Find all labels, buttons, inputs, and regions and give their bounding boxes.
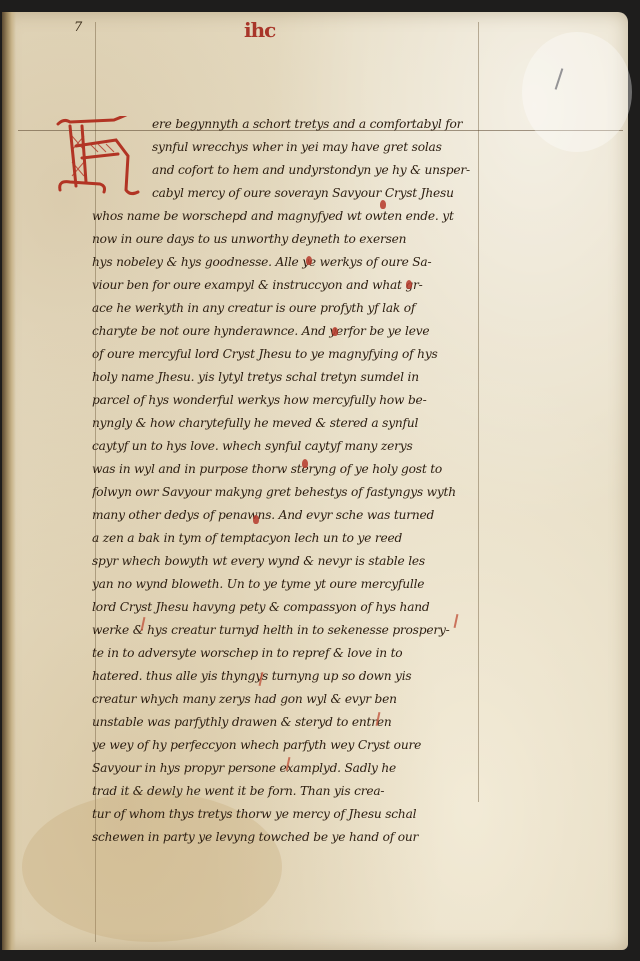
text-line: te in to adversyte worschep in to repref… — [92, 642, 482, 665]
header-rubric: ihc — [244, 18, 275, 42]
rubric-paraph-mark — [332, 327, 338, 336]
text-line: schewen in party ye levyng towched be ye… — [92, 826, 482, 849]
text-line: caytyf un to hys love. whech synful cayt… — [92, 435, 482, 458]
text-line: spyr whech bowyth wt every wynd & nevyr … — [92, 550, 482, 573]
text-line: cabyl mercy of oure soverayn Savyour Cry… — [152, 182, 482, 205]
rubric-paraph-mark — [253, 515, 259, 524]
manuscript-text: ere begynnyth a schort tretys and a comf… — [152, 113, 482, 849]
text-line: of oure mercyful lord Cryst Jhesu to ye … — [92, 343, 482, 366]
stain — [522, 32, 632, 152]
text-line: synful wrecchys wher in yei may have gre… — [152, 136, 482, 159]
text-line: hatered. thus alle yis thyngys turnyng u… — [92, 665, 482, 688]
rubric-paraph-mark — [302, 459, 308, 468]
text-line: now in oure days to us unworthy deyneth … — [92, 228, 482, 251]
text-line: whos name be worschepd and magnyfyed wt … — [92, 205, 482, 228]
text-line: trad it & dewly he went it be forn. Than… — [92, 780, 482, 803]
rubric-paraph-mark — [406, 280, 412, 289]
rubric-paraph-mark — [306, 256, 312, 265]
text-line: unstable was parfythly drawen & steryd t… — [92, 711, 482, 734]
text-line: and cofort to hem and undyrstondyn ye hy… — [152, 159, 482, 182]
text-line: hys nobeley & hys goodnesse. Alle ye wer… — [92, 251, 482, 274]
text-line: folwyn owr Savyour makyng gret behestys … — [92, 481, 482, 504]
folio-number: 7 — [74, 20, 82, 35]
text-line: many other dedys of penawns. And evyr sc… — [92, 504, 482, 527]
text-line: yan no wynd bloweth. Un to ye tyme yt ou… — [92, 573, 482, 596]
text-line: charyte be not oure hynderawnce. And yer… — [92, 320, 482, 343]
rubric-paraph-mark — [380, 200, 386, 209]
text-line: parcel of hys wonderful werkys how mercy… — [92, 389, 482, 412]
text-line: werke & hys creatur turnyd helth in to s… — [92, 619, 482, 642]
decorated-initial-h-icon — [54, 116, 144, 196]
text-line: creatur whych many zerys had gon wyl & e… — [92, 688, 482, 711]
text-line: tur of whom thys tretys thorw ye mercy o… — [92, 803, 482, 826]
text-line: a zen a bak in tym of temptacyon lech un… — [92, 527, 482, 550]
text-line: holy name Jhesu. yis lytyl tretys schal … — [92, 366, 482, 389]
manuscript-page: 7 ihc ere begynnyth a schort tretys and … — [2, 12, 628, 950]
text-line: ace he werkyth in any creatur is oure pr… — [92, 297, 482, 320]
text-line: viour ben for oure exampyl & instruccyon… — [92, 274, 482, 297]
text-line: lord Cryst Jhesu havyng pety & compassyo… — [92, 596, 482, 619]
text-line: ere begynnyth a schort tretys and a comf… — [152, 113, 482, 136]
binding-edge — [2, 12, 16, 950]
text-line: was in wyl and in purpose thorw steryng … — [92, 458, 482, 481]
text-line: ye wey of hy perfeccyon whech parfyth we… — [92, 734, 482, 757]
text-line: nyngly & how charytefully he meved & ste… — [92, 412, 482, 435]
